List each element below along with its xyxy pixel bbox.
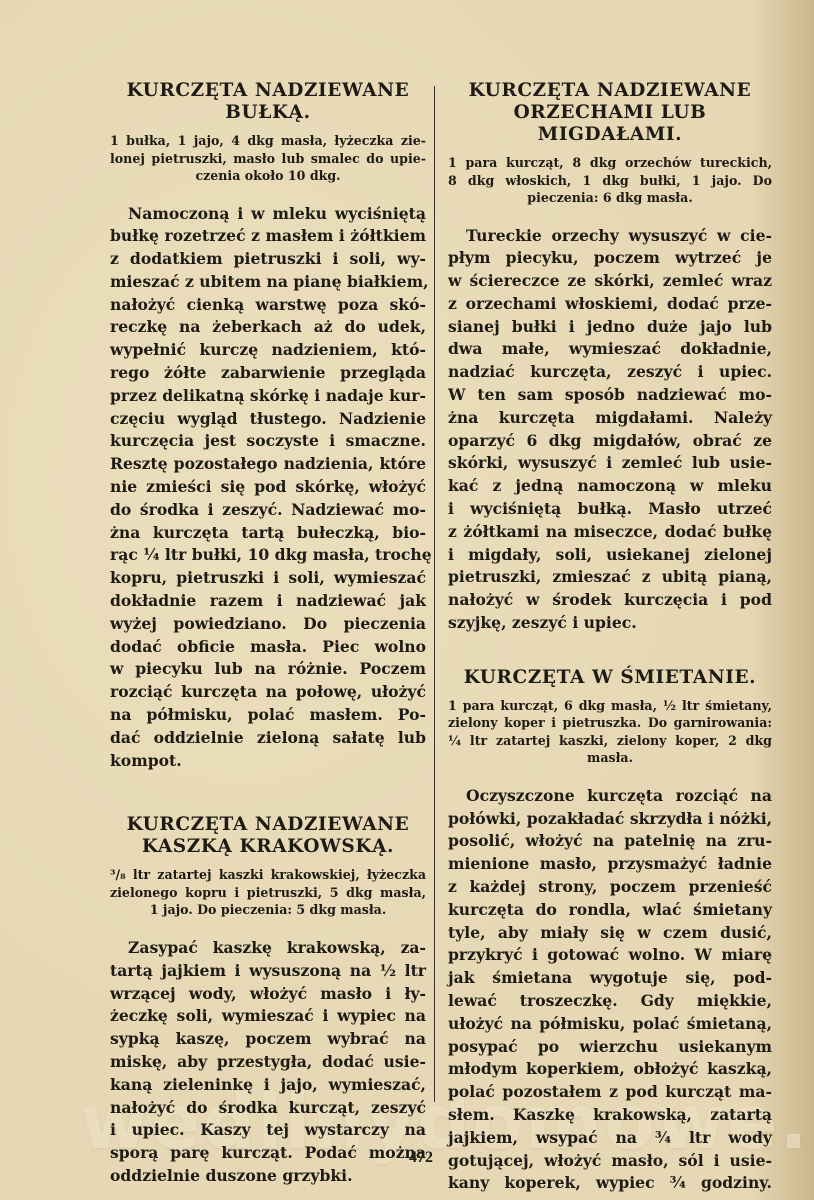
ingredients-line: lonej pietruszki, masło lub smalec do up…: [110, 150, 426, 168]
body-line: na półmisku, polać masłem. Po-: [110, 704, 426, 727]
body-line: przez delikatną skórkę i nadaje kur-: [110, 385, 426, 408]
ingredients-line: ¼ ltr zatartej kaszki, zielony koper, 2 …: [448, 732, 772, 750]
body-line: i migdały, soli, usiekanej zielonej: [448, 544, 772, 567]
body-line: nałożyć w środek kurczęcia i pod: [448, 589, 772, 612]
body-line: żeczkę soli, wymieszać i wypiec na: [110, 1005, 426, 1028]
body-line: Tureckie orzechy wysuszyć w cie-: [448, 225, 772, 248]
body-line: kompot.: [110, 750, 426, 773]
recipe-title: KURCZĘTA NADZIEWANE KASZKĄ KRAKOWSKĄ.: [110, 814, 426, 858]
body-line: Oczyszczone kurczęta rozciąć na: [448, 785, 772, 808]
recipe-ingredients: ³/₈ ltr zatartej kaszki krakowskiej, łyż…: [110, 866, 426, 919]
body-line: tyle, aby miały się w czem dusić,: [448, 922, 772, 945]
title-line: BUŁKĄ.: [110, 102, 426, 124]
body-line: miskę, aby przestygła, dodać usie-: [110, 1051, 426, 1074]
title-line: ORZECHAMI LUB MIGDAŁAMI.: [448, 102, 772, 146]
body-line: nałożyć cienką warstwę poza skó-: [110, 294, 426, 317]
ingredients-line: zielonego kopru i pietruszki, 5 dkg masł…: [110, 884, 426, 902]
body-line: i upiec. Kaszy tej wystarczy na: [110, 1119, 426, 1142]
body-line: do środka i zeszyć. Nadziewać mo-: [110, 499, 426, 522]
recipe-title: KURCZĘTA W ŚMIETANIE.: [448, 667, 772, 689]
recipe-title: KURCZĘTA NADZIEWANE BUŁKĄ.: [110, 80, 426, 124]
body-line: żna kurczęta tartą bułeczką, bio-: [110, 522, 426, 545]
body-line: posypać po wierzchu usiekanym: [448, 1036, 772, 1059]
body-line: wrzącej wody, włożyć masło i ły-: [110, 983, 426, 1006]
ingredients-line: zielony koper i pietruszka. Do garnirowa…: [448, 714, 772, 732]
body-line: kurczęcia jest soczyste i smaczne.: [110, 430, 426, 453]
body-line: oparzyć 6 dkg migdałów, obrać ze: [448, 430, 772, 453]
recipe-kurczeta-nadziewane-orzechami: KURCZĘTA NADZIEWANE ORZECHAMI LUB MIGDAŁ…: [448, 80, 772, 635]
ingredients-line: czenia około 10 dkg.: [110, 167, 426, 185]
body-line: rego żółte zabarwienie przegląda: [110, 362, 426, 385]
spacer: [448, 635, 772, 667]
ingredients-line: pieczenia: 6 dkg masła.: [448, 189, 772, 207]
recipe-kurczeta-w-smietanie: KURCZĘTA W ŚMIETANIE. 1 para kurcząt, 6 …: [448, 667, 772, 1195]
body-line: z orzechami włoskiemi, dodać prze-: [448, 293, 772, 316]
body-line: połówki, pozakładać skrzydła i nóżki,: [448, 808, 772, 831]
body-line: pietruszki, zmieszać z ubitą pianą,: [448, 566, 772, 589]
body-line: polać pozostałem z pod kurcząt ma-: [448, 1081, 772, 1104]
body-line: tartą jajkiem i wysuszoną na ½ ltr: [110, 960, 426, 983]
recipe-instructions: Oczyszczone kurczęta rozciąć na połówki,…: [448, 785, 772, 1195]
ingredients-line: 1 jajo. Do pieczenia: 5 dkg masła.: [110, 901, 426, 919]
body-line: skórki, wysuszyć i zemleć lub usie-: [448, 452, 772, 475]
ingredients-line: 1 bułka, 1 jajo, 4 dkg masła, łyżeczka z…: [110, 132, 426, 150]
body-line: płym piecyku, poczem wytrzeć je: [448, 247, 772, 270]
ingredients-line: 1 para kurcząt, 6 dkg masła, ½ ltr śmiet…: [448, 697, 772, 715]
body-line: ułożyć na półmisku, polać śmietaną,: [448, 1013, 772, 1036]
body-line: nadziać kurczęta, zeszyć i upiec.: [448, 361, 772, 384]
body-line: bułkę rozetrzeć z masłem i żółtkiem: [110, 225, 426, 248]
body-line: z żółtkami na miseczce, dodać bułkę: [448, 521, 772, 544]
column-divider: [434, 86, 435, 1102]
body-line: rąc ¼ ltr bułki, 10 dkg masła, trochę: [110, 544, 426, 567]
body-line: reczkę na żeberkach aż do udek,: [110, 316, 426, 339]
body-line: sypką kaszę, poczem wybrać na: [110, 1028, 426, 1051]
ingredients-line: 1 para kurcząt, 8 dkg orzechów tureckich…: [448, 154, 772, 172]
ingredients-line: masła.: [448, 749, 772, 767]
recipe-ingredients: 1 para kurcząt, 8 dkg orzechów tureckich…: [448, 154, 772, 207]
body-line: Namoczoną i w mleku wyciśniętą: [110, 203, 426, 226]
title-line: KURCZĘTA NADZIEWANE: [448, 80, 772, 102]
recipe-instructions: Tureckie orzechy wysuszyć w cie- płym pi…: [448, 225, 772, 635]
body-line: z każdej strony, poczem przenieść: [448, 876, 772, 899]
book-page: wedlinydomowe.pl KURCZĘTA NADZIEWANE BUŁ…: [0, 0, 814, 1200]
body-line: kać z jedną namoczoną w mleku: [448, 475, 772, 498]
body-line: dać oddzielnie zieloną sałatę lub: [110, 727, 426, 750]
body-line: w ściereczce ze skórki, zemleć wraz: [448, 270, 772, 293]
recipe-ingredients: 1 para kurcząt, 6 dkg masła, ½ ltr śmiet…: [448, 697, 772, 767]
title-line: KURCZĘTA NADZIEWANE: [110, 814, 426, 836]
body-line: w piecyku lub na różnie. Poczem: [110, 658, 426, 681]
right-column: KURCZĘTA NADZIEWANE ORZECHAMI LUB MIGDAŁ…: [448, 80, 772, 1195]
body-line: kany koperek, wypiec ¾ godziny.: [448, 1172, 772, 1195]
body-line: oddzielnie duszone grzybki.: [110, 1165, 426, 1188]
body-line: częciu wygląd tłustego. Nadzienie: [110, 408, 426, 431]
title-line: KURCZĘTA W ŚMIETANIE.: [448, 667, 772, 689]
recipe-ingredients: 1 bułka, 1 jajo, 4 dkg masła, łyżeczka z…: [110, 132, 426, 185]
spacer: [110, 772, 426, 814]
body-line: jajkiem, wsypać na ¾ ltr wody: [448, 1127, 772, 1150]
body-line: szyjkę, zeszyć i upiec.: [448, 612, 772, 635]
recipe-instructions: Namoczoną i w mleku wyciśniętą bułkę roz…: [110, 203, 426, 773]
body-line: lewać troszeczkę. Gdy miękkie,: [448, 990, 772, 1013]
body-line: i wyciśniętą bułką. Masło utrzeć: [448, 498, 772, 521]
body-line: dodać obficie masła. Piec wolno: [110, 636, 426, 659]
body-line: sianej bułki i jedno duże jajo lub: [448, 316, 772, 339]
left-column: KURCZĘTA NADZIEWANE BUŁKĄ. 1 bułka, 1 ja…: [110, 80, 426, 1188]
body-line: dokładnie razem i nadziewać jak: [110, 590, 426, 613]
body-line: rozciąć kurczęta na połowę, ułożyć: [110, 681, 426, 704]
body-line: dwa małe, wymieszać dokładnie,: [448, 338, 772, 361]
body-line: posolić, włożyć na patelnię na zru-: [448, 830, 772, 853]
body-line: słem. Kaszkę krakowską, zatartą: [448, 1104, 772, 1127]
body-line: młodym koperkiem, obłożyć kaszką,: [448, 1058, 772, 1081]
body-line: kaną zieleninkę i jajo, wymieszać,: [110, 1074, 426, 1097]
body-line: nałożyć do środka kurcząt, zeszyć: [110, 1097, 426, 1120]
body-line: Resztę pozostałego nadzienia, które: [110, 453, 426, 476]
recipe-kurczeta-nadziewane-bulka: KURCZĘTA NADZIEWANE BUŁKĄ. 1 bułka, 1 ja…: [110, 80, 426, 772]
body-line: mienione masło, przysmażyć ładnie: [448, 853, 772, 876]
recipe-kurczeta-nadziewane-kaszka-krakowska: KURCZĘTA NADZIEWANE KASZKĄ KRAKOWSKĄ. ³/…: [110, 814, 426, 1187]
body-line: kopru, pietruszki i soli, wymieszać: [110, 567, 426, 590]
body-line: nie zmieści się pod skórkę, włożyć: [110, 476, 426, 499]
title-line: KURCZĘTA NADZIEWANE: [110, 80, 426, 102]
body-line: przykryć i gotować wolno. W miarę: [448, 944, 772, 967]
body-line: Zasypać kaszkę krakowską, za-: [110, 937, 426, 960]
body-line: z dodatkiem pietruszki i soli, wy-: [110, 248, 426, 271]
ingredients-line: ³/₈ ltr zatartej kaszki krakowskiej, łyż…: [110, 866, 426, 884]
body-line: wypełnić kurczę nadzieniem, któ-: [110, 339, 426, 362]
body-line: mieszać z ubitem na pianę białkiem,: [110, 271, 426, 294]
body-line: wyżej powiedziano. Do pieczenia: [110, 613, 426, 636]
body-line: jak śmietana wygotuje się, pod-: [448, 967, 772, 990]
body-line: W ten sam sposób nadziewać mo-: [448, 384, 772, 407]
ingredients-line: 8 dkg włoskich, 1 dkg bułki, 1 jajo. Do: [448, 172, 772, 190]
title-line: KASZKĄ KRAKOWSKĄ.: [110, 836, 426, 858]
recipe-title: KURCZĘTA NADZIEWANE ORZECHAMI LUB MIGDAŁ…: [448, 80, 772, 146]
page-number: 472: [0, 1149, 814, 1167]
body-line: żna kurczęta migdałami. Należy: [448, 407, 772, 430]
body-line: kurczęta do rondla, wlać śmietany: [448, 899, 772, 922]
